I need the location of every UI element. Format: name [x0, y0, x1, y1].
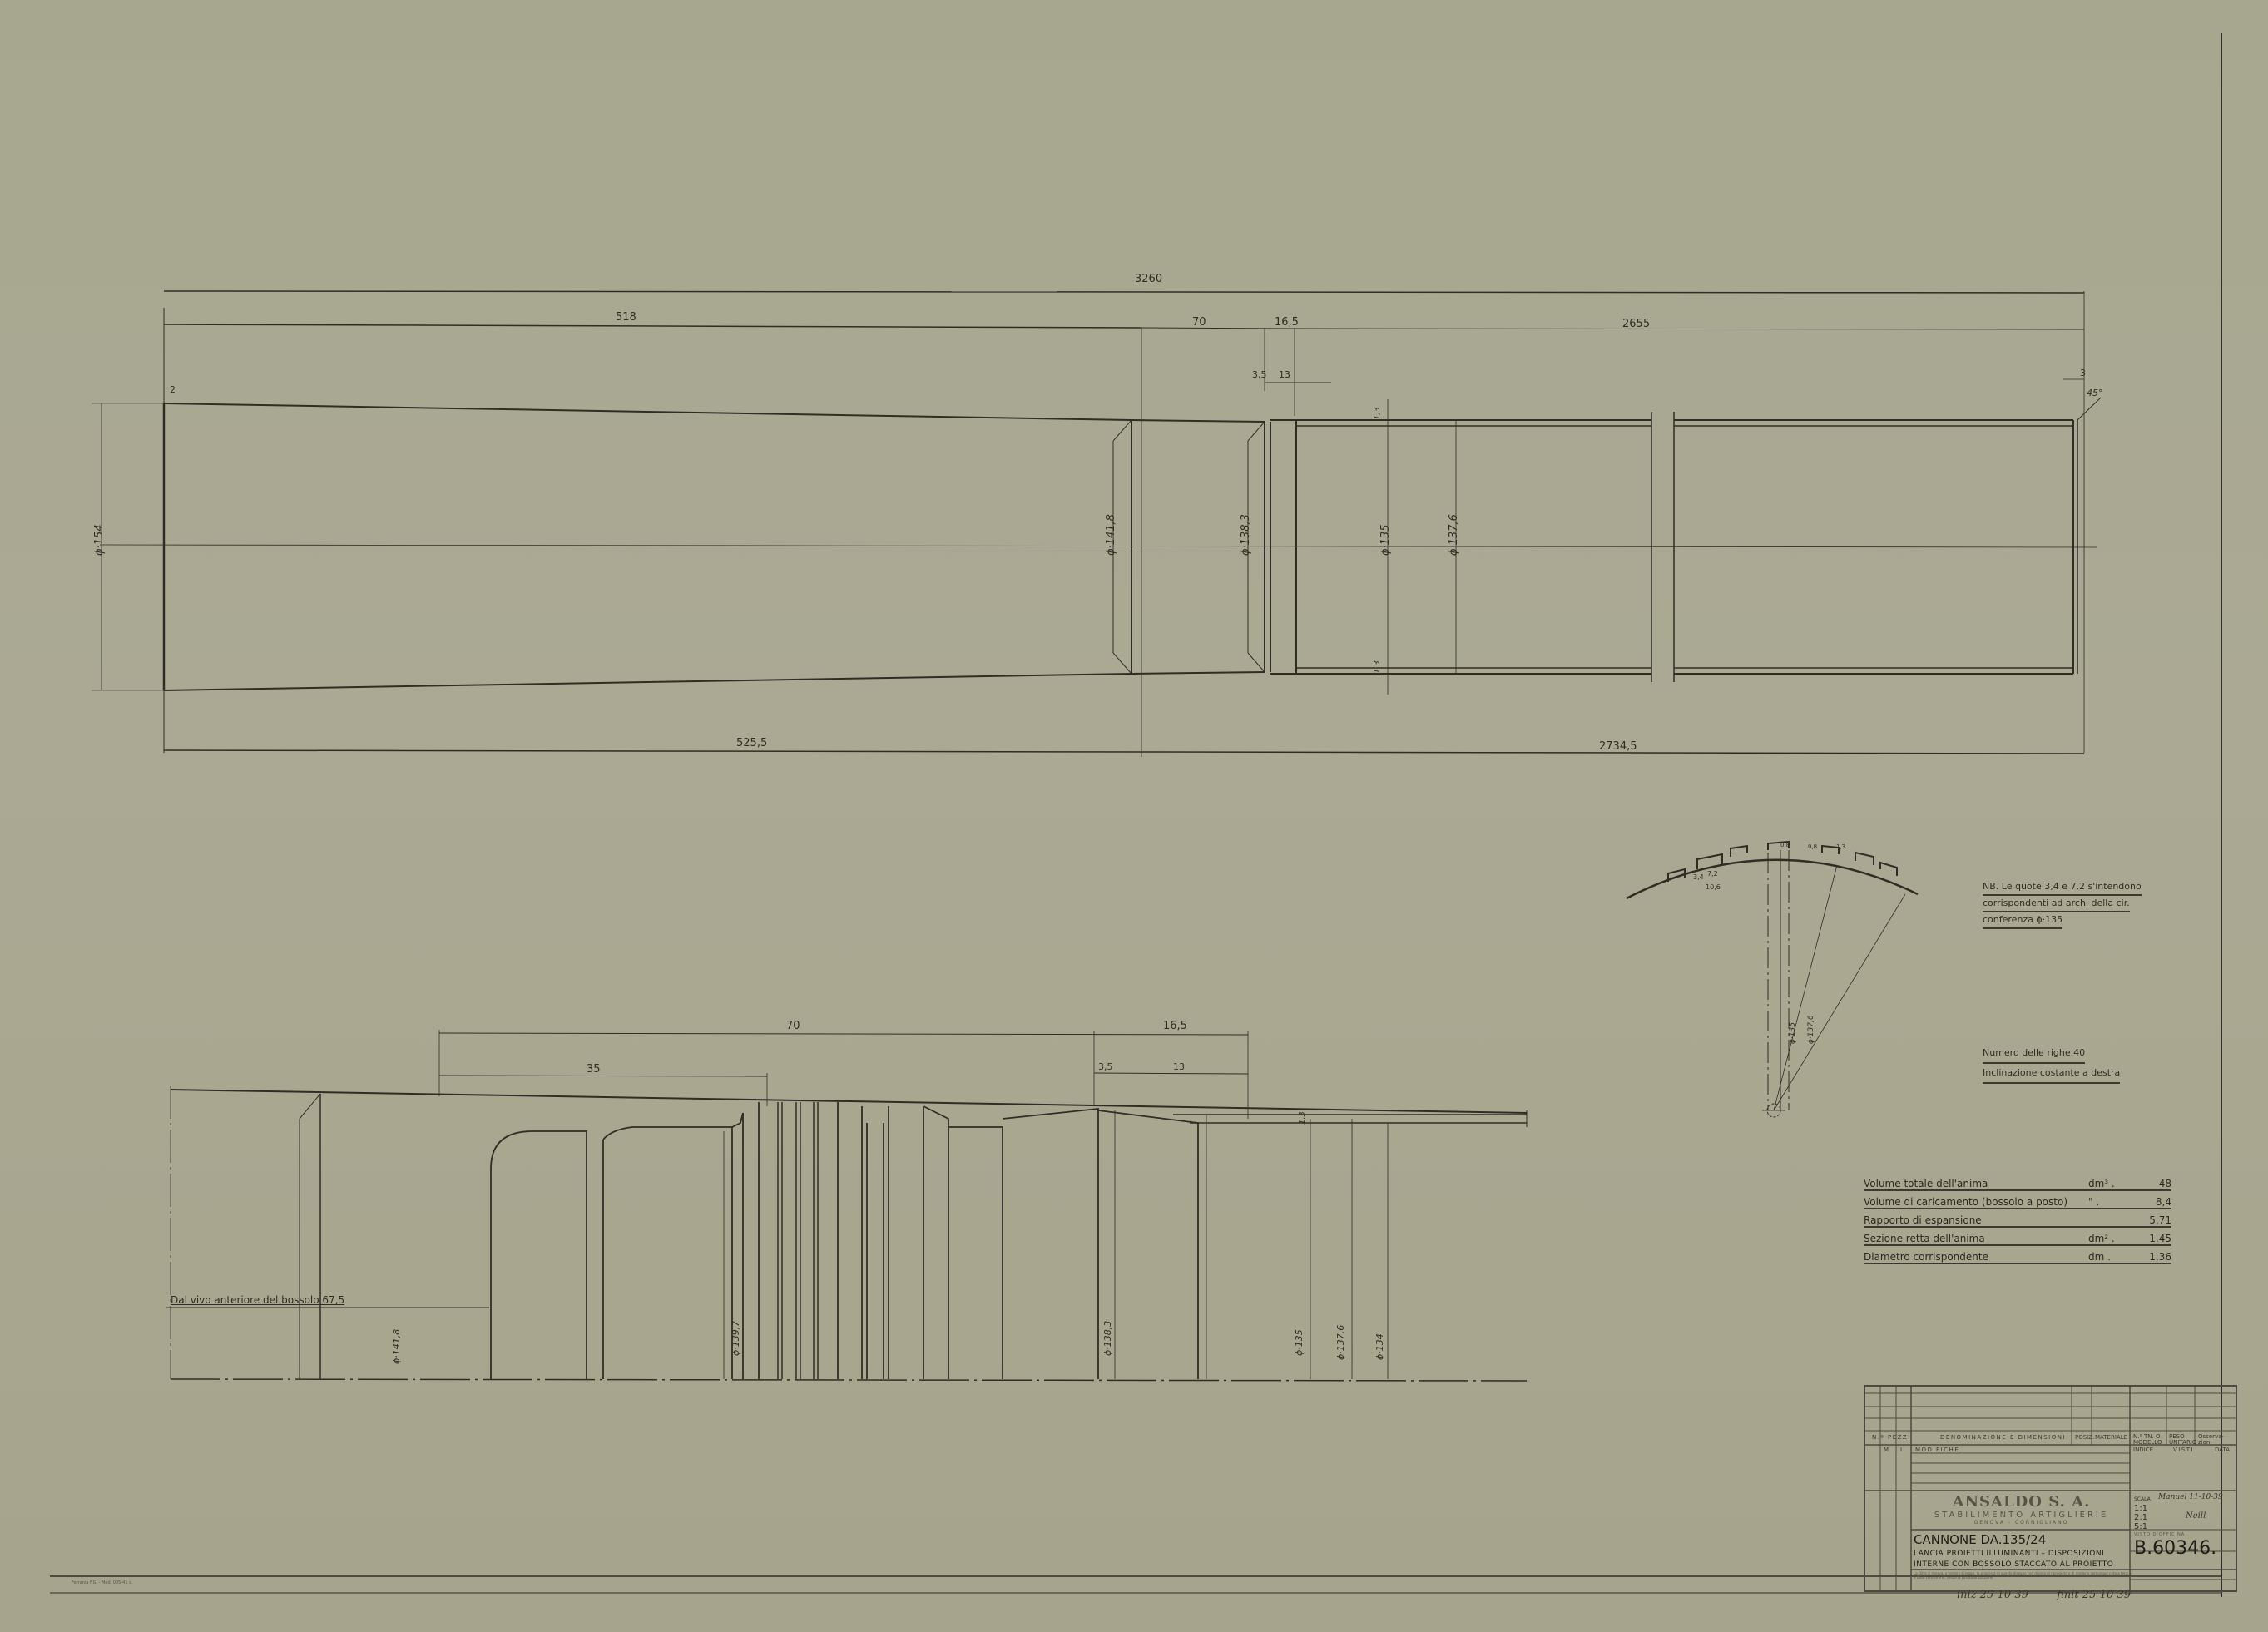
- detail-dim-16-5: 16,5: [1163, 1020, 1187, 1032]
- scale-2-1: 2:1: [2134, 1513, 2151, 1522]
- note-rifling-inclination: Inclinazione costante a destra: [1983, 1064, 2120, 1084]
- scale-1-1: 1:1: [2134, 1504, 2151, 1513]
- detail-dia-134: ϕ·134: [1374, 1333, 1385, 1360]
- note-rifling: Numero delle righe 40 Inclinazione costa…: [1983, 1044, 2120, 1084]
- printer-mark: Ferrania F.G. - Mod. 005-41 s.: [72, 1580, 132, 1585]
- dim-525-5: 525,5: [736, 737, 767, 749]
- rifling-dia-135: ϕ·135: [1789, 1022, 1797, 1044]
- detail-dim-35: 35: [587, 1063, 601, 1076]
- drawing-title: CANNONE DA.135/24: [1914, 1532, 2134, 1547]
- drawing-number: B.60346.: [2134, 1538, 2216, 1559]
- signature-controllo: Neill: [2186, 1511, 2206, 1521]
- note-nb-line-1: NB. Le quote 3,4 e 7,2 s'intendono: [1983, 879, 2142, 896]
- handwritten-dates: iniz 25-10-39 finit 25-10-39: [1957, 1589, 2131, 1601]
- bore-properties-table: Volume totale dell'animadm³ .48 Volume d…: [1864, 1173, 2171, 1264]
- property-row: Volume di caricamento (bossolo a posto)"…: [1864, 1191, 2171, 1209]
- dim-chamfer-right: 3: [2080, 368, 2086, 378]
- rifling-dia-137-6: ϕ·137,6: [1807, 1015, 1815, 1044]
- dim-16-5: 16,5: [1275, 316, 1299, 329]
- company-name: ANSALDO S. A.: [1911, 1493, 2132, 1511]
- dia-141-8: ϕ·141,8: [1105, 514, 1117, 556]
- dia-154: ϕ·154: [93, 524, 106, 556]
- rifling-dim-0-8-b: 0,8: [1808, 843, 1817, 850]
- property-row: Rapporto di espansione5,71: [1864, 1209, 2171, 1228]
- dim-chamfer-left: 2: [170, 384, 176, 395]
- dim-2655: 2655: [1622, 318, 1650, 330]
- detail-dim-depth: 1,3: [1298, 1111, 1307, 1125]
- note-nb: NB. Le quote 3,4 e 7,2 s'intendono corri…: [1983, 879, 2142, 929]
- drawing-subtitle-2: INTERNE CON BOSSOLO STACCATO AL PROIETTO: [1914, 1560, 2134, 1569]
- company-division: STABILIMENTO ARTIGLIERIE: [1911, 1511, 2132, 1520]
- rifling-dim-0-8-a: 0,8: [1780, 842, 1790, 848]
- dim-groove-depth-bottom: 1,3: [1373, 660, 1382, 674]
- rifling-dim-1-3: 1,3: [1836, 843, 1845, 850]
- detail-dim-70: 70: [786, 1020, 800, 1032]
- visto-officina-label: VISTO D'OFFICINA: [2134, 1532, 2185, 1537]
- date-iniz: iniz 25-10-39: [1957, 1589, 2028, 1601]
- note-rifling-count: Numero delle righe 40: [1983, 1044, 2085, 1064]
- drawing-title-block: CANNONE DA.135/24 LANCIA PROIETTI ILLUMI…: [1914, 1532, 2134, 1569]
- dia-135: ϕ·135: [1379, 524, 1392, 556]
- dim-overall-length: 3260: [1135, 273, 1162, 285]
- detail-dia-138-3: ϕ·138,3: [1102, 1321, 1113, 1356]
- property-row: Diametro corrispondentedm .1,36: [1864, 1246, 2171, 1264]
- detail-dia-137-6: ϕ·137,6: [1335, 1325, 1346, 1360]
- detail-dim-13: 13: [1173, 1061, 1185, 1072]
- dim-angle-45: 45°: [2087, 388, 2103, 398]
- scale-block: SCALA 1:1 2:1 5:1: [2134, 1495, 2151, 1531]
- drawing-subtitle-1: LANCIA PROIETTI ILLUMINANTI – DISPOSIZIO…: [1914, 1550, 2134, 1558]
- property-row: Volume totale dell'animadm³ .48: [1864, 1173, 2171, 1191]
- detail-dim-3-5: 3,5: [1098, 1061, 1113, 1072]
- rifling-dim-7-2: 7,2: [1707, 870, 1718, 878]
- rifling-dim-3-4: 3,4: [1693, 873, 1704, 881]
- detail-dia-141-8: ϕ·141,8: [391, 1329, 402, 1364]
- dia-137-6: ϕ·137,6: [1448, 514, 1460, 556]
- title-block: N.º PEZZI DENOMINAZIONE E DIMENSIONI POS…: [1864, 1385, 2237, 1592]
- date-finit: finit 25-10-39: [2057, 1589, 2131, 1601]
- detail-dia-135: ϕ·135: [1294, 1329, 1305, 1356]
- scale-5-1: 5:1: [2134, 1522, 2151, 1531]
- dim-3-5: 3,5: [1252, 369, 1267, 380]
- dim-70: 70: [1192, 316, 1206, 329]
- dim-chamber-length: 518: [616, 311, 636, 324]
- note-nb-line-2: corrispondenti ad archi della cir.: [1983, 896, 2130, 912]
- dim-groove-depth-top: 1,3: [1373, 407, 1382, 420]
- detail-dia-139-7: ϕ·139,7: [730, 1321, 741, 1356]
- rifling-dim-10-6: 10,6: [1706, 883, 1721, 891]
- company-city: GENOVA - CORNIGLIANO: [1911, 1520, 2132, 1526]
- copyright-fine-print: La Ditta si riserva, a termini di legge,…: [1914, 1571, 2134, 1580]
- company-block: ANSALDO S. A. STABILIMENTO ARTIGLIERIE G…: [1911, 1493, 2132, 1526]
- dim-13: 13: [1279, 369, 1290, 380]
- leader-note-bossolo: Dal vivo anteriore del bossolo 67,5: [171, 1294, 344, 1306]
- signature-disegnatore: Manuel 11-10-39: [2158, 1493, 2223, 1501]
- property-row: Sezione retta dell'animadm² .1,45: [1864, 1228, 2171, 1246]
- dim-2734-5: 2734,5: [1599, 740, 1637, 753]
- note-nb-line-3: conferenza ϕ·135: [1983, 912, 2062, 929]
- dia-138-3: ϕ·138,3: [1240, 514, 1252, 556]
